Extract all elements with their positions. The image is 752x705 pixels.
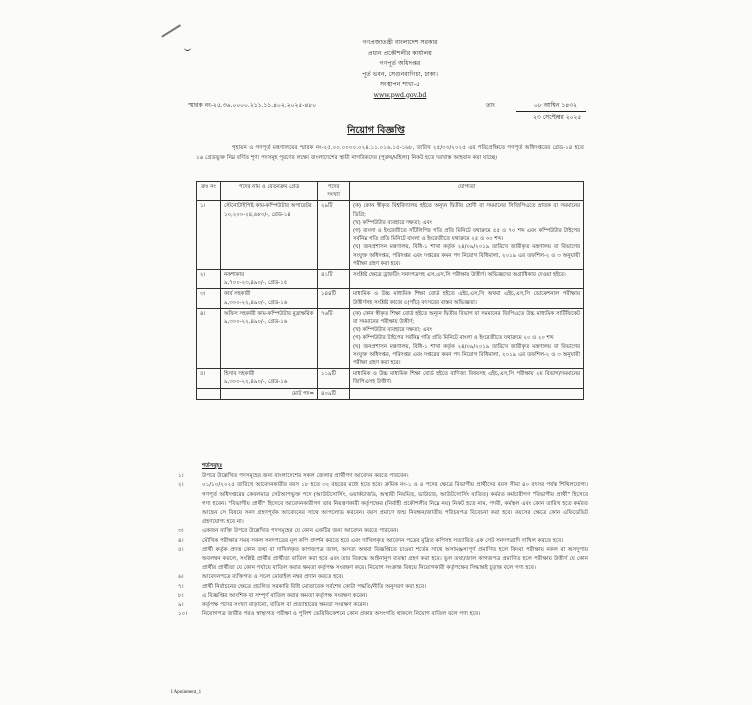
scanned-document-page: গণপ্রজাতন্ত্রী বাংলাদেশ সরকার প্রধান প্র…	[0, 0, 752, 705]
letterhead-line: পূর্ত ভবন, সেগুনবাগিচা, ঢাকা।	[300, 70, 500, 81]
letterhead-line: গণপূর্ত অধিদপ্তর	[300, 59, 500, 70]
letterhead: গণপ্রজাতন্ত্রী বাংলাদেশ সরকার প্রধান প্র…	[300, 38, 500, 101]
pen-mark	[161, 24, 180, 37]
post-pay-grade: ১০,২০০-২৪,৬৮০/-, গ্রেড-১৪	[224, 211, 314, 219]
row-serial: ২।	[197, 270, 221, 289]
condition-item: ৯।কর্তৃপক্ষ পদের সংখ্যা বাড়ানো, বাতিল ব…	[178, 601, 588, 610]
row-serial: ৩।	[197, 289, 221, 308]
date-label: তাং	[486, 100, 516, 111]
condition-item: ১০।নিয়োগপত্র জারীর পরও স্বাস্থ্যগত পরীক…	[178, 610, 588, 619]
row-qualification: (ক) কোন স্বীকৃত বিশ্ববিদ্যালয় হইতে অন্য…	[350, 201, 584, 270]
total-count: ৪০৯টি	[318, 388, 350, 399]
condition-item: ৩।একজন ব্যক্তি উপরে উল্লেখিত পদসমূহের যে…	[178, 527, 588, 536]
header-serial: ক্রঃ নং	[197, 182, 221, 201]
row-post: নকশাকার৯,৭০০-২৩,৪৯০/-, গ্রেড-১৫	[221, 270, 318, 289]
header-count: পদের সংখ্যা	[318, 182, 350, 201]
condition-text: প্রার্থী নির্বাচনের ক্ষেত্রে প্রচলিত সরক…	[202, 583, 588, 592]
condition-number: ২।	[178, 481, 202, 527]
letterhead-line: প্রধান প্রকৌশলীর কার্যালয়	[300, 49, 500, 60]
row-count: ১১৯টি	[318, 369, 350, 388]
condition-number: ৭।	[178, 583, 202, 592]
qualification-item: মাধ্যমিক ও উচ্চ মাধ্যমিক শিক্ষা বোর্ড হই…	[353, 370, 580, 386]
post-name: কার্য সহকারী	[224, 290, 314, 298]
condition-text: মৌখিক পরীক্ষার সময় সকল সনদপত্রের মূল কপ…	[202, 537, 588, 546]
header-post: পদের নাম ও বেতনক্রম গ্রেড	[221, 182, 318, 201]
website-link[interactable]: www.pwd.gov.bd	[300, 91, 500, 102]
page-title: নিয়োগ বিজ্ঞপ্তি	[0, 124, 752, 139]
table-row: ৫।হিসাব সহকারী৯,৩০০-২২,৪৯০/-, গ্রেড-১৬১১…	[197, 369, 584, 388]
table-row: ২।নকশাকার৯,৭০০-২৩,৪৯০/-, গ্রেড-১৫৪১টিসংশ…	[197, 270, 584, 289]
condition-item: ১।উপরে উল্লেখিত পদসমূহের জন্য বাংলাদেশের…	[178, 472, 588, 481]
conditions-section: শর্তসমূহঃ ১।উপরে উল্লেখিত পদসমূহের জন্য …	[178, 462, 588, 619]
row-count: ১৪৪টি	[318, 289, 350, 308]
row-qualification: (ক) কোন স্বীকৃত শিক্ষা বোর্ড হইতে অন্যূন…	[350, 308, 584, 368]
row-serial: ৪।	[197, 308, 221, 368]
posts-table: ক্রঃ নং পদের নাম ও বেতনক্রম গ্রেড পদের স…	[196, 181, 584, 400]
post-name: হিসাব সহকারী	[224, 370, 314, 378]
post-pay-grade: ৯,৭০০-২৩,৪৯০/-, গ্রেড-১৫	[224, 279, 314, 287]
qualification-item: মাধ্যমিক ও উচ্চ মাধ্যমিক শিক্ষা বোর্ড হই…	[353, 290, 580, 306]
row-count: ৭৬টি	[318, 308, 350, 368]
qualification-item: (খ) কম্পিউটার ব্যবহারে দক্ষতা; এবং	[353, 326, 580, 334]
condition-item: ৫।প্রার্থী কর্তৃক প্রদত্ত কোন তথ্য বা দা…	[178, 546, 588, 574]
row-serial: ১।	[197, 201, 221, 270]
condition-item: ২।০১/১০/২০২৫ তারিখে আবেদনকারীর বয়স ১৮ হ…	[178, 481, 588, 527]
condition-number: ১০।	[178, 610, 202, 619]
conditions-list: ১।উপরে উল্লেখিত পদসমূহের জন্য বাংলাদেশের…	[178, 472, 588, 619]
condition-item: ৭।প্রার্থী নির্বাচনের ক্ষেত্রে প্রচলিত স…	[178, 583, 588, 592]
condition-number: ৩।	[178, 527, 202, 536]
post-pay-grade: ৯,৩০০-২২,৪৯০/-, গ্রেড-১৬	[224, 318, 314, 326]
condition-text: কর্তৃপক্ষ পদের সংখ্যা বাড়ানো, বাতিল বা …	[202, 601, 588, 610]
conditions-heading: শর্তসমূহঃ	[202, 462, 588, 471]
condition-text: নিয়োগপত্র জারীর পরও স্বাস্থ্যগত পরীক্ষা…	[202, 610, 588, 619]
row-post: স্টেনোটাইপিষ্ট কাম-কম্পিউটার অপারেটর১০,২…	[221, 201, 318, 270]
footer-label: I Apoinment_1	[171, 690, 201, 695]
condition-number: ৮।	[178, 592, 202, 601]
condition-number: ১।	[178, 472, 202, 481]
row-post: অফিস সহকারী কাম-কম্পিউটার মুদ্রাক্ষরিক৯,…	[221, 308, 318, 368]
condition-number: ৪।	[178, 537, 202, 546]
condition-item: ৬।আবেদনপত্রে ব্যক্তিগত ও সচল মোবাইল নম্ব…	[178, 573, 588, 582]
letterhead-line: গণপ্রজাতন্ত্রী বাংলাদেশ সরকার	[300, 38, 500, 49]
qualification-item: (ঘ) জনপ্রশাসন মন্ত্রণালয়, বিধি-১ শাখা ক…	[353, 243, 580, 268]
table-total-row: মোট পদ= ৪০৯টি	[197, 388, 584, 399]
total-label: মোট পদ=	[221, 388, 318, 399]
row-serial: ৫।	[197, 369, 221, 388]
post-name: অফিস সহকারী কাম-কম্পিউটার মুদ্রাক্ষরিক	[224, 310, 314, 318]
table-row: ৪।অফিস সহকারী কাম-কম্পিউটার মুদ্রাক্ষরিক…	[197, 308, 584, 368]
condition-text: আবেদনপত্রে ব্যক্তিগত ও সচল মোবাইল নম্বর …	[202, 573, 588, 582]
intro-paragraph: গৃহায়ন ও গণপূর্ত মন্ত্রণালয়ের স্মারক ন…	[196, 144, 584, 163]
row-qualification: মাধ্যমিক ও উচ্চ মাধ্যমিক শিক্ষা বোর্ড হই…	[350, 289, 584, 308]
post-name: স্টেনোটাইপিষ্ট কাম-কম্পিউটার অপারেটর	[224, 202, 314, 210]
condition-number: ৬।	[178, 573, 202, 582]
header-qualification: যোগ্যতা	[350, 182, 584, 201]
post-pay-grade: ৯,৩০০-২২,৪৯০/-, গ্রেড-১৬	[224, 378, 314, 386]
qualification-item: (গ) কম্পিউটার টাইপের সর্বনিম্ন গতি প্রতি…	[353, 334, 580, 342]
condition-item: ৪।মৌখিক পরীক্ষার সময় সকল সনদপত্রের মূল …	[178, 537, 588, 546]
qualification-item: (গ) বাংলা ও ইংরেজীতে সাঁটলিপির গতি প্রতি…	[353, 227, 580, 243]
condition-text: এ বিজ্ঞপ্তির আংশিক বা সম্পূর্ণ বাতিল করা…	[202, 592, 588, 601]
condition-text: ০১/১০/২০২৫ তারিখে আবেদনকারীর বয়স ১৮ হতে…	[202, 481, 588, 527]
date-block: তাং০৮ আশ্বিন ১৪৩২ ২৩ সেপ্টেম্বর ২০২৫	[486, 100, 586, 123]
date-english: ২৩ সেপ্টেম্বর ২০২৫	[486, 112, 586, 123]
table-header-row: ক্রঃ নং পদের নাম ও বেতনক্রম গ্রেড পদের স…	[197, 182, 584, 201]
row-count: ৪১টি	[318, 270, 350, 289]
condition-item: ৮।এ বিজ্ঞপ্তির আংশিক বা সম্পূর্ণ বাতিল ক…	[178, 592, 588, 601]
post-pay-grade: ৯,৩০০-২২,৪৯০/-, গ্রেড-১৬	[224, 299, 314, 307]
qualification-item: (ক) কোন স্বীকৃত বিশ্ববিদ্যালয় হইতে অন্য…	[353, 202, 580, 218]
qualification-item: (খ) কম্পিউটার ব্যবহারে দক্ষতা; এবং	[353, 219, 580, 227]
table-row: ১।স্টেনোটাইপিষ্ট কাম-কম্পিউটার অপারেটর১০…	[197, 201, 584, 270]
row-qualification: সংশ্লিষ্ট ক্ষেত্রে ড্রাফটিং সনদপত্রসহ এস…	[350, 270, 584, 289]
row-count: ২৯টি	[318, 201, 350, 270]
condition-number: ৯।	[178, 601, 202, 610]
row-post: কার্য সহকারী৯,৩০০-২২,৪৯০/-, গ্রেড-১৬	[221, 289, 318, 308]
condition-text: উপরে উল্লেখিত পদসমূহের জন্য বাংলাদেশের স…	[202, 472, 588, 481]
qualification-item: (ক) কোন স্বীকৃত শিক্ষা বোর্ড হইতে অন্যূন…	[353, 310, 580, 326]
qualification-item: সংশ্লিষ্ট ক্ষেত্রে ড্রাফটিং সনদপত্রসহ এস…	[353, 271, 580, 279]
row-qualification: মাধ্যমিক ও উচ্চ মাধ্যমিক শিক্ষা বোর্ড হই…	[350, 369, 584, 388]
row-post: হিসাব সহকারী৯,৩০০-২২,৪৯০/-, গ্রেড-১৬	[221, 369, 318, 388]
condition-number: ৫।	[178, 546, 202, 574]
condition-text: একজন ব্যক্তি উপরে উল্লেখিত পদসমূহের যে ক…	[202, 527, 588, 536]
qualification-item: (ঘ) জনপ্রশাসন মন্ত্রণালয়, বিধি-১ শাখা ক…	[353, 343, 580, 368]
post-name: নকশাকার	[224, 271, 314, 279]
pen-mark	[184, 46, 191, 51]
memo-number: স্মারক নং-২৫.৩৬.০০০০.২১১.১১.৪০২.২০২৫-৪৮০	[188, 100, 316, 111]
date-bengali: ০৮ আশ্বিন ১৪৩২	[516, 100, 586, 112]
table-row: ৩।কার্য সহকারী৯,৩০০-২২,৪৯০/-, গ্রেড-১৬১৪…	[197, 289, 584, 308]
condition-text: প্রার্থী কর্তৃক প্রদত্ত কোন তথ্য বা দাখি…	[202, 546, 588, 574]
letterhead-line: সংস্থাপন শাখা-৫	[300, 80, 500, 91]
